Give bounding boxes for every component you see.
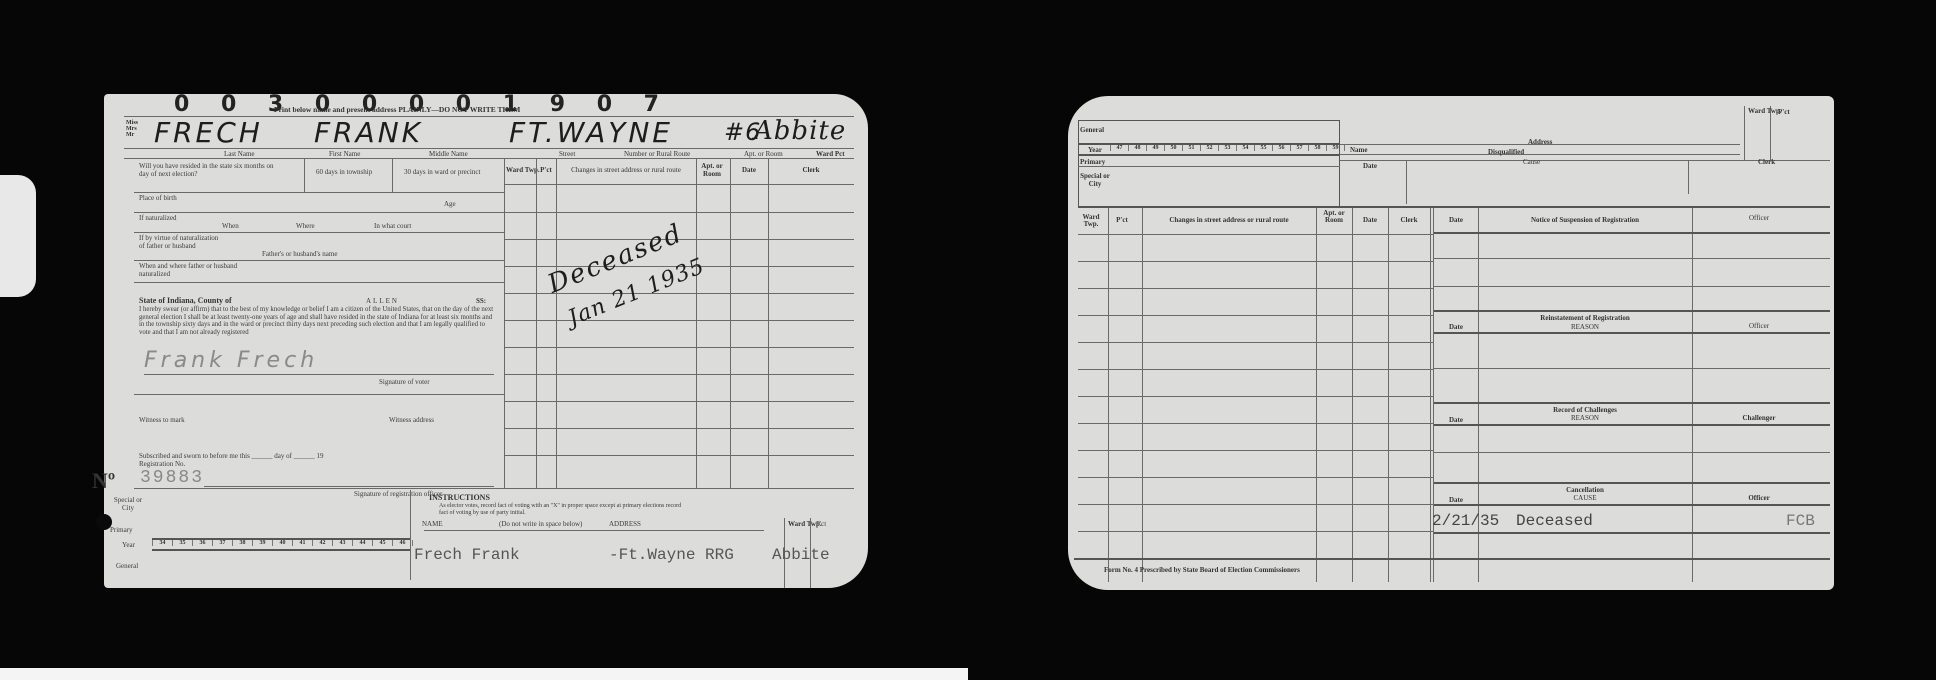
col-suspension-date: Date [1436,216,1476,224]
typed-name: Frech Frank [414,546,520,564]
apt-handwritten: Abbite [754,116,846,146]
label-first-name: First Name [329,150,360,158]
oath-text: I hereby swear (or affirm) that to the b… [139,306,494,336]
q-where: Where [296,222,315,230]
q-what-court: In what court [374,222,411,230]
cancellation-cause-header: CAUSE [1480,494,1690,502]
registration-card-front: 0 0 3 0 0 0 0 1 9 0 7 Print below name a… [104,94,868,588]
col-apt-right: Apt. or Room [1317,210,1351,224]
q-when-where-father: When and where father or husband natural… [139,262,239,278]
scan-edge-strip [0,668,968,680]
row-general-right: General [1080,126,1104,134]
col-pct: P'ct [537,166,555,174]
q-father-name: Father's or husband's name [262,250,337,258]
label-pct-right: P'ct [1778,108,1790,116]
col-clerk: Clerk [769,166,853,174]
number-mark: Nº [92,468,115,494]
oath-county-value: ALLEN [366,297,399,305]
cancellation-officer: FCB [1786,512,1815,530]
label-subscribed: Subscribed and sworn to before me this _… [139,452,324,460]
q-when: When [222,222,239,230]
challenges-reason: REASON [1480,414,1690,422]
reinstatement-reason: REASON [1480,323,1690,331]
typed-apt: Abbite [772,546,830,564]
label-witness-mark: Witness to mark [139,416,185,424]
header-instruction: Print below name and present address PLA… [274,106,520,114]
challenges-challenger: Challenger [1694,414,1824,422]
col-apt-room: Apt. or Room [697,162,727,178]
registration-card-back: General Year Primary Special or City 474… [1068,96,1834,590]
label-number-rural: Number or Rural Route [624,150,690,158]
col-ward-twp-right: Ward Twp. [1076,214,1106,228]
q-days-ward: 30 days in ward or precinct [404,168,494,176]
col-ward-twp: Ward Twp. [506,166,534,174]
first-name-value: FRANK [314,116,423,149]
q-resided-state: Will you have resided in the state six m… [139,162,279,178]
label-name: NAME [422,520,443,528]
year-row-left: 34353637383940414243444546 [152,540,413,546]
label-clerk-right: Clerk [1758,158,1775,166]
label-witness-address: Witness address [389,416,434,424]
row-general: General [116,562,138,570]
reinstatement-date: Date [1436,323,1476,331]
registration-number: 39883 [140,468,204,488]
label-ward-twp-right: Ward Twp. [1748,108,1782,115]
q-place-of-birth: Place of birth [139,194,179,202]
reinstatement-title: Reinstatement of Registration [1480,314,1690,322]
street-value: FT.WAYNE [509,116,673,149]
voter-signature: Frank Frech [144,348,318,373]
q-days-township: 60 days in township [316,168,386,176]
cancellation-cause: Deceased [1516,512,1593,530]
q-by-virtue: If by virtue of naturalization of father… [139,234,219,250]
instructions-line2: fact of voting by use of party initial. [439,509,526,517]
col-suspension-notice: Notice of Suspension of Registration [1480,216,1690,224]
col-date: Date [731,166,767,174]
last-name-value: FRECH [154,116,263,149]
instructions-title: INSTRUCTIONS [429,494,490,502]
challenges-title: Record of Challenges [1480,406,1690,414]
label-street: Street [559,150,575,158]
label-name-right: Name [1350,146,1368,154]
q-age: Age [444,200,456,208]
label-ward-pct: Ward Pct [816,150,845,158]
row-year: Year [122,541,135,549]
cancellation-date-header: Date [1436,496,1476,504]
cancellation-title: Cancellation [1480,486,1690,494]
label-do-not-write: (Do not write in space below) [499,520,582,528]
label-address-right: Address [1528,138,1552,146]
row-primary-right: Primary [1080,158,1105,166]
challenges-date: Date [1436,416,1476,424]
scan-artifact [0,175,36,297]
row-special-city: Special or City [110,496,146,512]
typed-address: -Ft.Wayne RRG [609,546,734,564]
col-date-right: Date [1353,216,1387,224]
label-registration-no: Registration No. [139,460,185,468]
label-address: ADDRESS [609,520,641,528]
oath-state-county: State of Indiana, County of [139,297,232,305]
label-last-name: Last Name [224,150,255,158]
row-year-right: Year [1088,146,1102,154]
oath-ss: SS: [476,297,486,305]
title-prefix: MissMrsMr [126,120,138,138]
row-primary: Primary [110,526,133,534]
q-if-naturalized: If naturalized [139,214,179,222]
col-suspension-officer: Officer [1694,214,1824,222]
cancellation-officer-header: Officer [1694,494,1824,502]
label-apt-room: Apt. or Room [744,150,783,158]
col-changes-right: Changes in street address or rural route [1144,216,1314,224]
col-pct-right: P'ct [1109,216,1135,224]
label-middle-name: Middle Name [429,150,468,158]
label-signature-voter: Signature of voter [379,378,430,386]
year-row-right: 47484950515253545556575859 [1110,145,1345,151]
label-date-right: Date [1363,162,1377,170]
col-changes: Changes in street address or rural route [558,166,694,174]
col-clerk-right: Clerk [1389,216,1429,224]
label-pct: P'ct [816,520,826,528]
form-footer: Form No. 4 Prescribed by State Board of … [1104,566,1300,574]
label-disqualified: Disqualified [1488,148,1524,156]
cancellation-date: 2/21/35 [1432,512,1499,530]
label-cause: Cause [1523,158,1540,166]
row-special-right: Special or City [1080,172,1110,188]
voting-grid-right [1078,120,1340,208]
reinstatement-officer: Officer [1694,322,1824,330]
